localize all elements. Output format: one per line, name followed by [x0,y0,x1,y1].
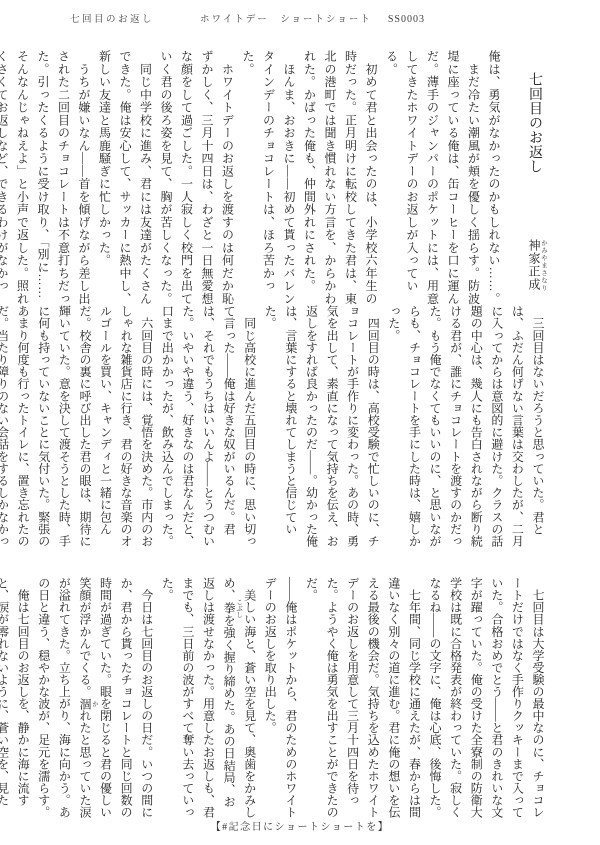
story-paragraph: 美しい海と、蒼い空を見て、奥歯をかみしめ、拳こぶしを強く握り締めた。あの日結局、… [157,577,260,819]
story-paragraph: 俺は七回目のお返しを、静かに海に流すと、涙が零れないように、蒼い空を、見た——。 [0,577,33,819]
story-title: 七回目のお返し [527,72,542,174]
story-paragraph: 七回目は大学受験の最中なのに、チョコレートだけではなく手作りクッキーまで入ってい… [424,577,548,819]
author-furigana: かみやまさなり [540,239,547,291]
series-label: ホワイトデー ショートショート [200,15,372,25]
story-text-tier2: 三回目はないだろうと思っていた。君とは、ふだん何げない言葉は交わしたが、二月に入… [33,305,548,548]
story-paragraph: 三回目はないだろうと思っていた。君とは、ふだん何げない言葉は交わしたが、二月に入… [383,305,548,548]
story-text-tier1: 七回目のお返し 神家正成かみやまさなり 俺は、勇気がなかったのかもしれない……。… [33,50,548,306]
story-paragraph: ホワイトデーのお返しを渡すのは何だか恥ずかしく、三月十四日は、わざと一日無愛想な… [156,50,238,306]
story-title-heading: 七回目のお返し 神家正成かみやまさなり [520,50,548,306]
running-title: 七回目のお返し [70,15,154,25]
story-paragraph: ——俺はポケットから、君のためのホワイトデーのお返しを取り出した。 [260,577,301,819]
story-code: SS0003 [388,14,425,25]
story-paragraph: 初めて君と出会ったのは、小学校六年生の時だった。正月明けに転校してきた君は、東北… [299,50,381,306]
story-paragraph: うちが嫌いなん——首を傾げながら差し出された二回目のチョコレートは不意打ちだった… [0,50,94,306]
story-paragraph: 七年間、同じ学校に通えたが、春からは間違いなく別々の道に進む。君に俺の想いを伝え… [301,577,425,819]
story-paragraph: まだ冷たい潮風が頬を優しく揺らす。防波堤に座っている俺は、缶コーヒーを口に運んだ… [381,50,484,306]
footer-hashtag: 【#記念日にショートショートを】 [0,818,600,833]
author-kanji: 神家正成 [527,239,541,291]
story-paragraph: 俺は、勇気がなかったのかもしれない……。 [484,50,505,306]
story-paragraph: 同じ中学校に進み、君には友達がたくさんできた。俺は安心して、サッカーに熱中し、新… [94,50,156,306]
story-paragraph: 今日は七回目のお返しの日だ。いつの間にか、君から貰ったチョコレートと同じ回数の時… [33,577,157,819]
page-header: 七回目のお返しホワイトデー ショートショートSS0003 [70,11,570,25]
story-paragraph: 六回目の時には、覚悟を決めた。市内のおしゃれな雑貨店に行き、君の好きな音楽のオル… [0,305,157,548]
story-text-tier3: 七回目は大学受験の最中なのに、チョコレートだけではなく手作りクッキーまで入ってい… [33,577,548,819]
story-page: 七回目のお返しホワイトデー ショートショートSS0003 七回目のお返し 神家正… [0,0,600,845]
author-name: 神家正成かみやまさなり [520,239,547,291]
story-paragraph: 同じ高校に進んだ五回目の時に、思い切って言った——俺は好きな奴がいるんだ。君は、… [157,305,260,548]
story-paragraph: ほんま、おおきに——初めて貰ったバレンタインデーのチョコレートは、ほろ苦かった。 [238,50,300,306]
story-paragraph: 四回目の時は、高校受験で忙しいのに、チョコレートが手作りに変わった。あの時、勇気… [260,305,384,548]
